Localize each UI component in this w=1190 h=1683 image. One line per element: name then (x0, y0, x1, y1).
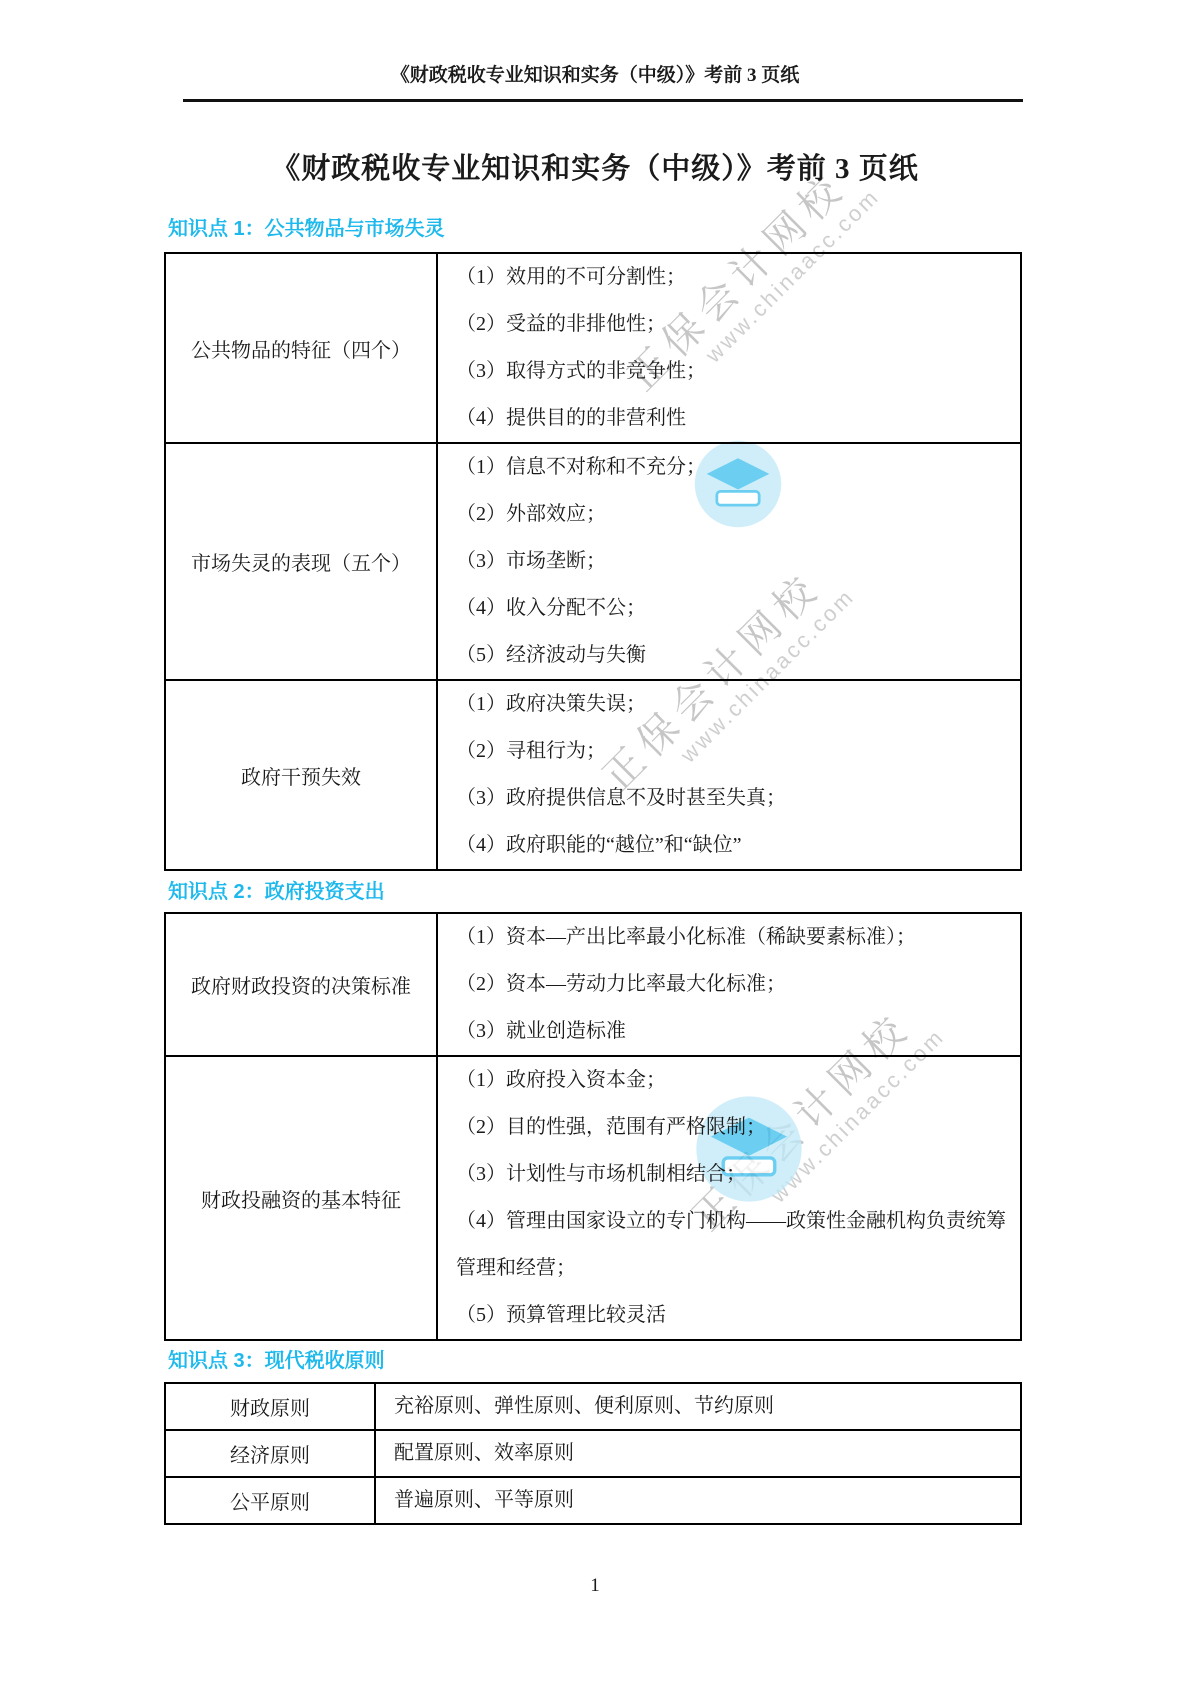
table-row: 财政原则 充裕原则、弹性原则、便利原则、节约原则 (166, 1384, 1020, 1429)
row-item: （2）外部效应； (456, 491, 1010, 538)
row-item: （1）政府投入资本金； (456, 1057, 1010, 1104)
row-item: （1）信息不对称和不充分； (456, 444, 1010, 491)
row-label: 公共物品的特征（四个） (166, 254, 438, 442)
section-heading-2: 知识点 2：政府投资支出 (168, 875, 385, 904)
row-item: （2）受益的非排他性； (456, 301, 1010, 348)
row-item: （4）收入分配不公； (456, 585, 1010, 632)
table-row: 公平原则 普遍原则、平等原则 (166, 1476, 1020, 1523)
row-item: （4）提供目的的非营利性 (456, 395, 1010, 442)
row-label: 市场失灵的表现（五个） (166, 444, 438, 679)
row-item: （4）政府职能的“越位”和“缺位” (456, 822, 1010, 869)
row-item: （2）寻租行为； (456, 728, 1010, 775)
running-header: 《财政税收专业知识和实务（中级）》考前 3 页纸 (0, 60, 1190, 87)
document-page: 正保会计网校 www.chinaacc.com 正保会计网校 www.china… (0, 0, 1190, 1683)
row-item: 普遍原则、平等原则 (394, 1478, 1010, 1523)
row-label: 财政原则 (166, 1384, 376, 1429)
row-item: （3）政府提供信息不及时甚至失真； (456, 775, 1010, 822)
page-number: 1 (0, 1575, 1190, 1597)
row-item: （3）就业创造标准 (456, 1008, 1010, 1055)
row-item: 配置原则、效率原则 (394, 1431, 1010, 1476)
row-label: 政府财政投资的决策标准 (166, 914, 438, 1055)
row-content: （1）信息不对称和不充分； （2）外部效应； （3）市场垄断； （4）收入分配不… (438, 444, 1020, 679)
row-item: 充裕原则、弹性原则、便利原则、节约原则 (394, 1384, 1010, 1429)
row-item: （4）管理由国家设立的专门机构——政策性金融机构负责统筹管理和经营； (456, 1198, 1010, 1292)
row-item: （1）效用的不可分割性； (456, 254, 1010, 301)
row-item: （1）政府决策失误； (456, 681, 1010, 728)
row-label: 政府干预失效 (166, 681, 438, 869)
row-item: （5）预算管理比较灵活 (456, 1292, 1010, 1339)
row-label: 经济原则 (166, 1431, 376, 1476)
row-label: 公平原则 (166, 1478, 376, 1523)
row-item: （5）经济波动与失衡 (456, 632, 1010, 679)
table-government-investment: 政府财政投资的决策标准 （1）资本—产出比率最小化标准（稀缺要素标准）； （2）… (164, 912, 1022, 1341)
table-row: 市场失灵的表现（五个） （1）信息不对称和不充分； （2）外部效应； （3）市场… (166, 442, 1020, 679)
row-item: （3）取得方式的非竞争性； (456, 348, 1010, 395)
row-item: （1）资本—产出比率最小化标准（稀缺要素标准）； (456, 914, 1010, 961)
row-content: （1）政府决策失误； （2）寻租行为； （3）政府提供信息不及时甚至失真； （4… (438, 681, 1020, 869)
table-row: 财政投融资的基本特征 （1）政府投入资本金； （2）目的性强，范围有严格限制； … (166, 1055, 1020, 1339)
row-content: 充裕原则、弹性原则、便利原则、节约原则 (376, 1384, 1020, 1429)
section-heading-3: 知识点 3：现代税收原则 (168, 1344, 385, 1373)
row-item: （2）资本—劳动力比率最大化标准； (456, 961, 1010, 1008)
table-row: 政府干预失效 （1）政府决策失误； （2）寻租行为； （3）政府提供信息不及时甚… (166, 679, 1020, 869)
table-public-goods: 公共物品的特征（四个） （1）效用的不可分割性； （2）受益的非排他性； （3）… (164, 252, 1022, 871)
row-content: 普遍原则、平等原则 (376, 1478, 1020, 1523)
row-item: （3）计划性与市场机制相结合； (456, 1151, 1010, 1198)
table-row: 政府财政投资的决策标准 （1）资本—产出比率最小化标准（稀缺要素标准）； （2）… (166, 914, 1020, 1055)
table-row: 经济原则 配置原则、效率原则 (166, 1429, 1020, 1476)
table-row: 公共物品的特征（四个） （1）效用的不可分割性； （2）受益的非排他性； （3）… (166, 254, 1020, 442)
header-rule (183, 99, 1023, 102)
row-item: （2）目的性强，范围有严格限制； (456, 1104, 1010, 1151)
page-title: 《财政税收专业知识和实务（中级）》考前 3 页纸 (0, 146, 1190, 187)
row-content: 配置原则、效率原则 (376, 1431, 1020, 1476)
row-content: （1）政府投入资本金； （2）目的性强，范围有严格限制； （3）计划性与市场机制… (438, 1057, 1020, 1339)
row-label: 财政投融资的基本特征 (166, 1057, 438, 1339)
row-content: （1）效用的不可分割性； （2）受益的非排他性； （3）取得方式的非竞争性； （… (438, 254, 1020, 442)
section-heading-1: 知识点 1：公共物品与市场失灵 (168, 212, 445, 241)
table-tax-principles: 财政原则 充裕原则、弹性原则、便利原则、节约原则 经济原则 配置原则、效率原则 … (164, 1382, 1022, 1525)
row-item: （3）市场垄断； (456, 538, 1010, 585)
row-content: （1）资本—产出比率最小化标准（稀缺要素标准）； （2）资本—劳动力比率最大化标… (438, 914, 1020, 1055)
